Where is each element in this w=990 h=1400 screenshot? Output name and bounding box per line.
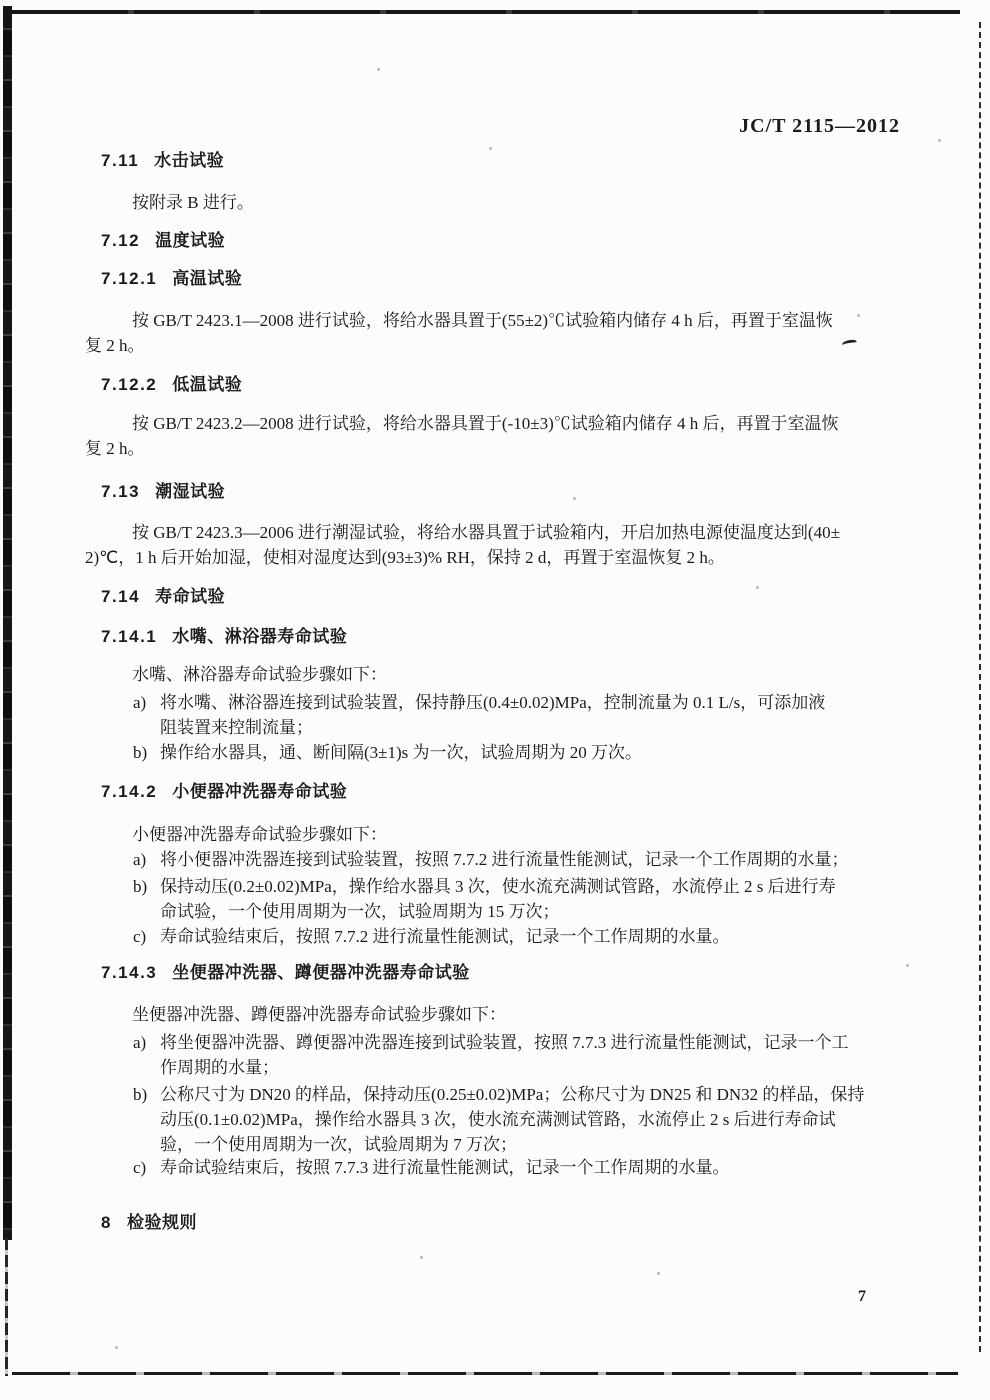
scan-left-edge-tail	[5, 1238, 8, 1376]
text-line: 将坐便器冲洗器、蹲便器冲洗器连接到试验装置，按照 7.7.3 进行流量性能测试，…	[160, 1030, 849, 1055]
text-line: 按 GB/T 2423.2—2008 进行试验，将给水器具置于(-10±3)℃试…	[85, 411, 838, 436]
text-line: 水嘴、淋浴器寿命试验步骤如下：	[85, 662, 387, 687]
section-number: 7.14	[101, 587, 140, 606]
paragraph: 坐便器冲洗器、蹲便器冲洗器寿命试验步骤如下：	[85, 1002, 506, 1027]
scan-speck	[573, 497, 576, 500]
list-marker: c)	[133, 1155, 146, 1180]
scan-stray-mark	[842, 339, 858, 349]
text-line: 复 2 h。	[85, 333, 833, 358]
scan-speck	[420, 1256, 423, 1259]
list-item: c)寿命试验结束后，按照 7.7.3 进行流量性能测试，记录一个工作周期的水量。	[133, 1155, 730, 1180]
section-title: 高温试验	[172, 269, 242, 288]
section-heading: 7.12温度试验	[101, 228, 225, 253]
page-border-top	[8, 10, 960, 14]
scan-speck	[377, 68, 380, 71]
scan-left-edge-bar	[3, 6, 12, 1240]
scan-speck	[657, 1272, 660, 1275]
section-heading: 7.14.2小便器冲洗器寿命试验	[101, 779, 347, 804]
section-number: 7.11	[101, 151, 139, 170]
text-line: 作周期的水量；	[160, 1055, 849, 1080]
text-line: 命试验，一个使用周期为一次，试验周期为 15 万次；	[160, 899, 836, 924]
section-number: 7.13	[101, 482, 140, 501]
text-line: 阻装置来控制流量；	[160, 715, 825, 740]
paragraph: 小便器冲洗器寿命试验步骤如下：	[85, 822, 387, 847]
section-heading: 7.13潮湿试验	[101, 479, 225, 504]
section-heading: 8检验规则	[101, 1210, 197, 1235]
section-number: 7.12	[101, 231, 140, 250]
section-title: 小便器冲洗器寿命试验	[172, 782, 347, 801]
doc-number-header: JC/T 2115—2012	[739, 112, 900, 140]
text-line: 按附录 B 进行。	[85, 190, 254, 215]
text-line: 寿命试验结束后，按照 7.7.3 进行流量性能测试，记录一个工作周期的水量。	[160, 1155, 730, 1180]
text-line: 2)℃，1 h 后开始加湿，使相对湿度达到(93±3)% RH，保持 2 d，再…	[85, 545, 840, 570]
list-marker: b)	[133, 1082, 147, 1107]
paragraph: 水嘴、淋浴器寿命试验步骤如下：	[85, 662, 387, 687]
section-heading: 7.12.1高温试验	[101, 266, 242, 291]
list-item: a)将水嘴、淋浴器连接到试验装置，保持静压(0.4±0.02)MPa，控制流量为…	[133, 690, 825, 740]
section-heading: 7.14.1水嘴、淋浴器寿命试验	[101, 624, 347, 649]
list-marker: c)	[133, 924, 146, 949]
text-line: 操作给水器具，通、断间隔(3±1)s 为一次，试验周期为 20 万次。	[160, 740, 642, 765]
scan-speck	[938, 139, 941, 142]
section-title: 水嘴、淋浴器寿命试验	[172, 627, 347, 646]
scan-speck	[906, 964, 909, 967]
page-number: 7	[858, 1284, 866, 1309]
section-title: 检验规则	[127, 1213, 197, 1232]
paragraph: 按 GB/T 2423.3—2006 进行潮湿试验，将给水器具置于试验箱内，开启…	[85, 520, 840, 570]
list-marker: b)	[133, 740, 147, 765]
page-border-bottom	[12, 1372, 958, 1375]
text-line: 将小便器冲洗器连接到试验装置，按照 7.7.2 进行流量性能测试，记录一个工作周…	[160, 847, 849, 872]
list-item: b)操作给水器具，通、断间隔(3±1)s 为一次，试验周期为 20 万次。	[133, 740, 642, 765]
page-border-right	[979, 22, 981, 1352]
text-line: 公称尺寸为 DN20 的样品，保持动压(0.25±0.02)MPa；公称尺寸为 …	[160, 1082, 864, 1107]
list-item: b)公称尺寸为 DN20 的样品，保持动压(0.25±0.02)MPa；公称尺寸…	[133, 1082, 864, 1157]
list-marker: a)	[133, 1030, 146, 1055]
list-item: a)将小便器冲洗器连接到试验装置，按照 7.7.2 进行流量性能测试，记录一个工…	[133, 847, 849, 872]
section-title: 水击试验	[154, 151, 224, 170]
scan-speck	[756, 586, 759, 589]
scan-speck	[857, 314, 860, 317]
section-heading: 7.12.2低温试验	[101, 372, 242, 397]
scan-speck	[115, 1346, 118, 1349]
section-title: 低温试验	[172, 375, 242, 394]
section-heading: 7.11水击试验	[101, 148, 224, 173]
scan-speck	[489, 147, 492, 150]
section-number: 7.14.1	[101, 627, 157, 646]
text-line: 坐便器冲洗器、蹲便器冲洗器寿命试验步骤如下：	[85, 1002, 506, 1027]
paragraph: 按 GB/T 2423.1—2008 进行试验，将给水器具置于(55±2)℃试验…	[85, 308, 833, 358]
section-number: 8	[101, 1213, 112, 1232]
text-line: 将水嘴、淋浴器连接到试验装置，保持静压(0.4±0.02)MPa，控制流量为 0…	[160, 690, 825, 715]
text-line: 按 GB/T 2423.1—2008 进行试验，将给水器具置于(55±2)℃试验…	[85, 308, 833, 333]
list-marker: a)	[133, 847, 146, 872]
section-title: 温度试验	[155, 231, 225, 250]
paragraph: 按附录 B 进行。	[85, 190, 254, 215]
section-title: 坐便器冲洗器、蹲便器冲洗器寿命试验	[172, 963, 470, 982]
text-line: 按 GB/T 2423.3—2006 进行潮湿试验，将给水器具置于试验箱内，开启…	[85, 520, 840, 545]
section-number: 7.14.2	[101, 782, 157, 801]
list-item: a)将坐便器冲洗器、蹲便器冲洗器连接到试验装置，按照 7.7.3 进行流量性能测…	[133, 1030, 849, 1080]
section-title: 寿命试验	[155, 587, 225, 606]
section-heading: 7.14.3坐便器冲洗器、蹲便器冲洗器寿命试验	[101, 960, 470, 985]
section-number: 7.14.3	[101, 963, 157, 982]
text-line: 小便器冲洗器寿命试验步骤如下：	[85, 822, 387, 847]
text-line: 动压(0.1±0.02)MPa，操作给水器具 3 次，使水流充满测试管路，水流停…	[160, 1107, 864, 1132]
section-number: 7.12.2	[101, 375, 157, 394]
paragraph: 按 GB/T 2423.2—2008 进行试验，将给水器具置于(-10±3)℃试…	[85, 411, 838, 461]
section-title: 潮湿试验	[155, 482, 225, 501]
text-line: 寿命试验结束后，按照 7.7.2 进行流量性能测试，记录一个工作周期的水量。	[160, 924, 730, 949]
section-heading: 7.14寿命试验	[101, 584, 225, 609]
list-marker: b)	[133, 874, 147, 899]
text-line: 验，一个使用周期为一次，试验周期为 7 万次；	[160, 1132, 864, 1157]
list-item: b)保持动压(0.2±0.02)MPa，操作给水器具 3 次，使水流充满测试管路…	[133, 874, 836, 924]
scanned-standard-page: JC/T 2115—2012 7.11水击试验按附录 B 进行。7.12温度试验…	[0, 0, 990, 1400]
text-line: 复 2 h。	[85, 436, 838, 461]
section-number: 7.12.1	[101, 269, 157, 288]
text-line: 保持动压(0.2±0.02)MPa，操作给水器具 3 次，使水流充满测试管路，水…	[160, 874, 836, 899]
list-marker: a)	[133, 690, 146, 715]
list-item: c)寿命试验结束后，按照 7.7.2 进行流量性能测试，记录一个工作周期的水量。	[133, 924, 730, 949]
